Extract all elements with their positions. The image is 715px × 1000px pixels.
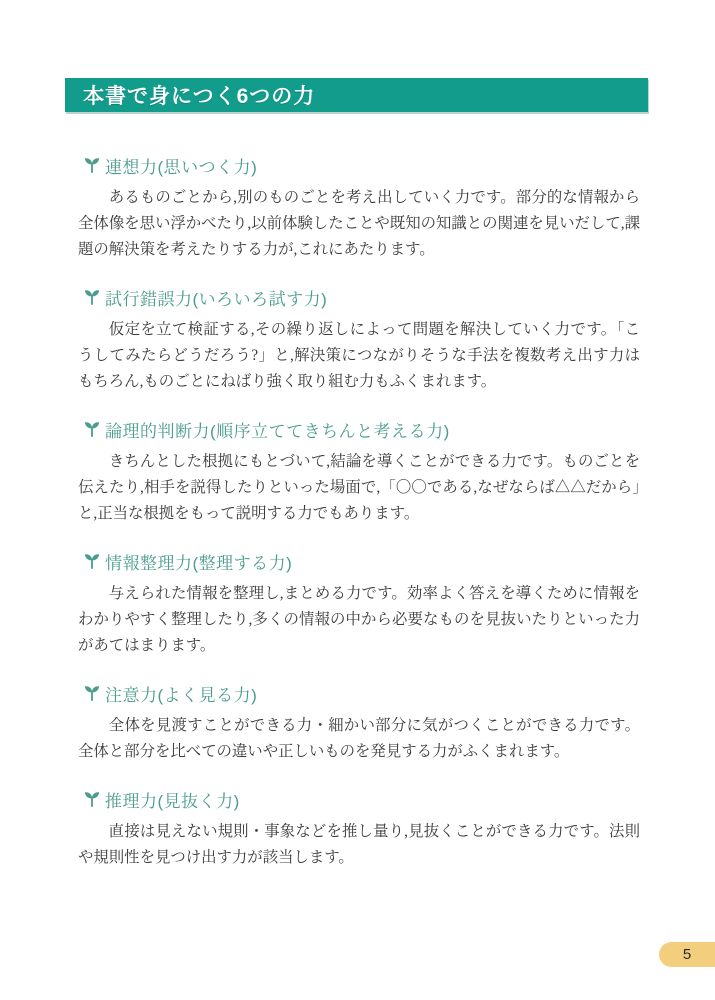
section-body: 直接は見えない規則・事象などを推し量り,見抜くことができる力です。法則や規則性を…: [78, 819, 640, 871]
section-title: 試行錯誤力(いろいろ試す力): [105, 285, 327, 310]
section-title: 情報整理力(整理する力): [105, 549, 292, 574]
sprout-icon: [83, 288, 101, 306]
ability-section-inference: 推理力(見抜く力) 直接は見えない規則・事象などを推し量り,見抜くことができる力…: [78, 787, 640, 871]
ability-section-association: 連想力(思いつく力) あるものごとから,別のものごとを考え出していく力です。部分…: [78, 153, 640, 263]
section-heading: 論理的判断力(順序立ててきちんと考える力): [83, 417, 640, 441]
sprout-icon: [83, 684, 101, 702]
page-header-banner: 本書で身につく6つの力: [65, 78, 648, 112]
ability-section-information-organizing: 情報整理力(整理する力) 与えられた情報を整理し,まとめる力です。効率よく答えを…: [78, 549, 640, 659]
book-page: 本書で身につく6つの力 連想力(思いつく力) あるものごとから,別のものごとを考…: [0, 0, 715, 1000]
section-heading: 情報整理力(整理する力): [83, 549, 640, 573]
sprout-icon: [83, 552, 101, 570]
section-body: 全体を見渡すことができる力・細かい部分に気がつくことができる力です。全体と部分を…: [78, 713, 640, 765]
section-title: 注意力(よく見る力): [105, 681, 257, 706]
section-heading: 注意力(よく見る力): [83, 681, 640, 705]
sprout-icon: [83, 156, 101, 174]
page-number-tab: 5: [659, 942, 715, 967]
ability-section-trial-and-error: 試行錯誤力(いろいろ試す力) 仮定を立て検証する,その繰り返しによって問題を解決…: [78, 285, 640, 395]
ability-section-attention: 注意力(よく見る力) 全体を見渡すことができる力・細かい部分に気がつくことができ…: [78, 681, 640, 765]
section-title: 推理力(見抜く力): [105, 787, 240, 812]
section-body: 与えられた情報を整理し,まとめる力です。効率よく答えを導くために情報をわかりやす…: [78, 581, 640, 659]
section-heading: 連想力(思いつく力): [83, 153, 640, 177]
sprout-icon: [83, 420, 101, 438]
sprout-icon: [83, 790, 101, 808]
section-body: きちんとした根拠にもとづいて,結論を導くことができる力です。ものごとを伝えたり,…: [78, 449, 640, 527]
section-heading: 推理力(見抜く力): [83, 787, 640, 811]
section-body: 仮定を立て検証する,その繰り返しによって問題を解決していく力です。「こうしてみた…: [78, 317, 640, 395]
section-title: 論理的判断力(順序立ててきちんと考える力): [105, 417, 450, 442]
page-title: 本書で身につく6つの力: [83, 80, 315, 110]
section-title: 連想力(思いつく力): [105, 153, 257, 178]
section-body: あるものごとから,別のものごとを考え出していく力です。部分的な情報から全体像を思…: [78, 185, 640, 263]
ability-section-logical-judgment: 論理的判断力(順序立ててきちんと考える力) きちんとした根拠にもとづいて,結論を…: [78, 417, 640, 527]
page-number: 5: [683, 946, 691, 963]
section-heading: 試行錯誤力(いろいろ試す力): [83, 285, 640, 309]
